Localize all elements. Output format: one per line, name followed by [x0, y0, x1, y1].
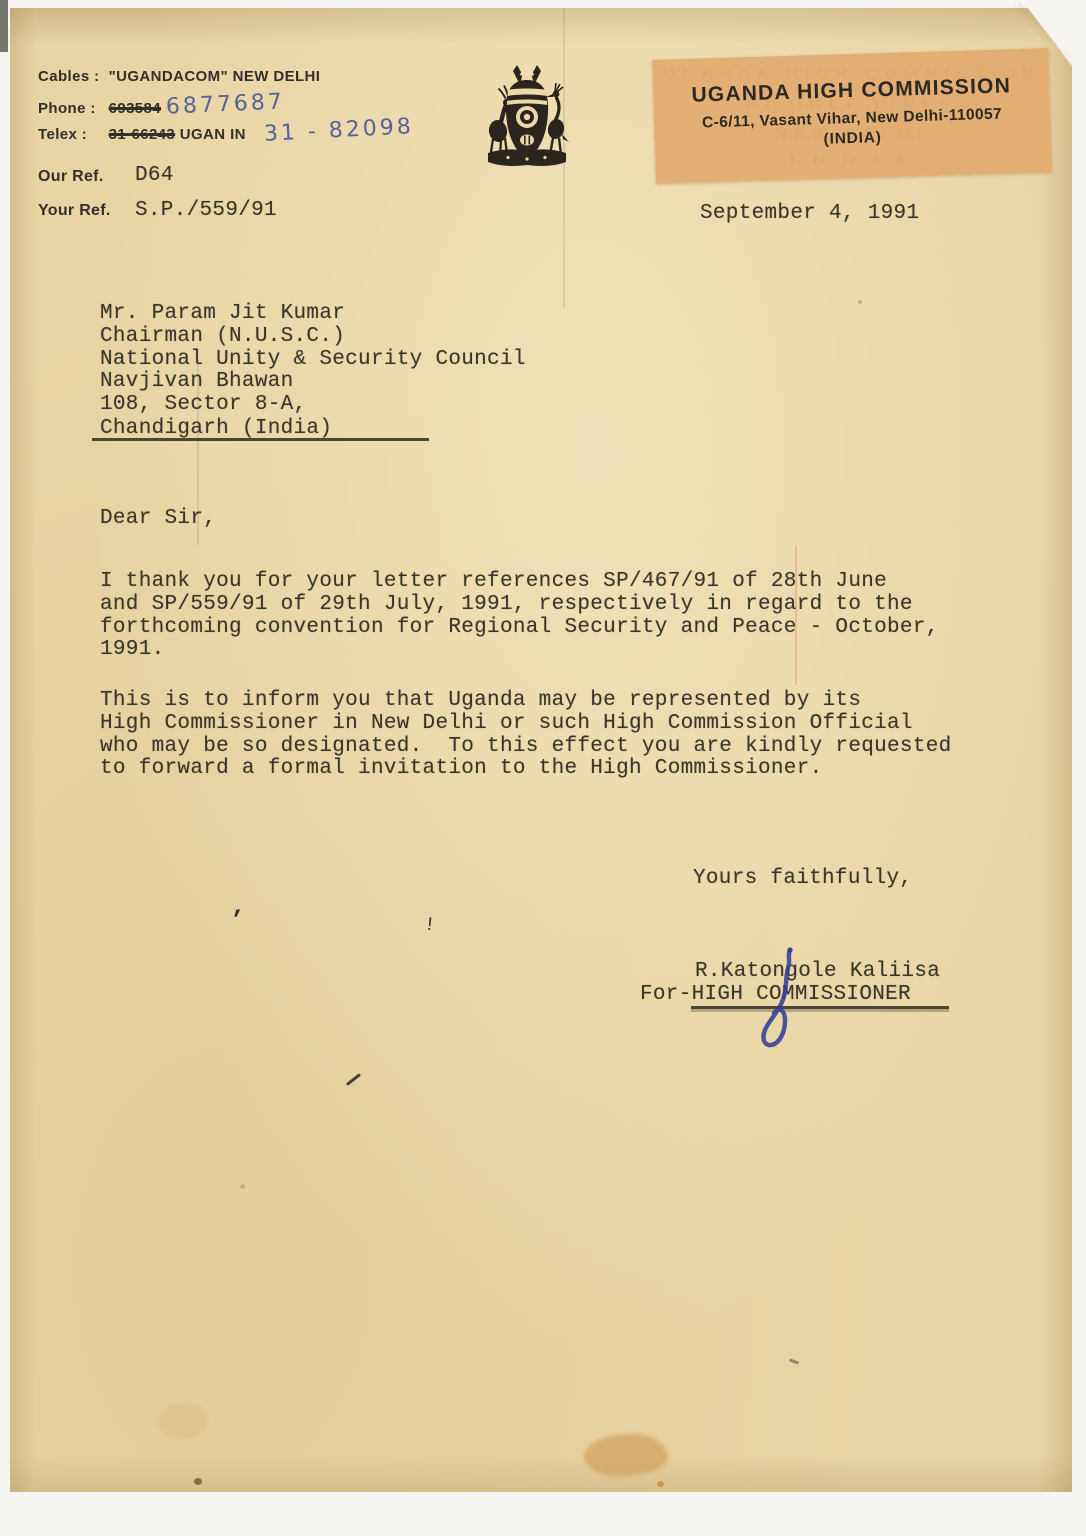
address-sticker: UGANDA HIGH COMMISSION C-6/11, Vasant Vi… — [652, 48, 1052, 184]
our-ref-line: Our Ref. — [38, 168, 104, 186]
paper-speck — [240, 1184, 245, 1189]
cables-label: Cables : — [38, 68, 104, 85]
telex-printed-value: UGAN IN — [180, 126, 246, 143]
phone-label: Phone : — [38, 100, 104, 117]
paper-stain — [584, 1434, 668, 1476]
recipient-city: Chandigarh (India) — [100, 417, 332, 440]
scanner-edge-artifact — [0, 0, 8, 52]
our-ref-value: D64 — [135, 164, 174, 187]
address-underline — [92, 438, 429, 441]
paper-speck — [858, 300, 862, 304]
your-ref-value: S.P./559/91 — [135, 199, 277, 222]
our-ref-label: Our Ref. — [38, 168, 104, 185]
your-ref-label: Your Ref. — [38, 202, 111, 219]
recipient-address: Mr. Param Jit Kumar Chairman (N.U.S.C.) … — [100, 303, 526, 417]
scanned-letter: Cables : "UGANDACOM" NEW DELHI Phone : 6… — [0, 0, 1086, 1536]
valediction: Yours faithfully, — [693, 867, 912, 890]
cables-value: "UGANDACOM" NEW DELHI — [109, 68, 321, 85]
telex-line: Telex : 31-66243 UGAN IN 31 - 82098 — [38, 120, 414, 146]
signature-ink — [735, 938, 825, 1058]
phone-handwritten-number: 6877687 — [165, 89, 285, 119]
telex-handwritten-number: 31 - 82098 — [264, 114, 415, 147]
your-ref-line: Your Ref. — [38, 202, 111, 220]
body-paragraph-2: This is to inform you that Uganda may be… — [100, 690, 952, 781]
telex-label: Telex : — [38, 126, 104, 143]
uganda-coat-of-arms-icon — [477, 64, 577, 176]
letterhead-contact-block: Cables : "UGANDACOM" NEW DELHI Phone : 6… — [38, 68, 414, 146]
body-paragraph-1: I thank you for your letter references S… — [100, 571, 939, 662]
telex-old-number: 31-66243 — [109, 126, 176, 143]
stray-typed-mark: ’ — [230, 908, 244, 935]
paper-speck — [194, 1478, 202, 1485]
address-sticker-area: UGANDA HIGH COMMISSION 61 GOLF LINKS NEW… — [652, 50, 1052, 182]
sticker-title: UGANDA HIGH COMMISSION — [653, 73, 1050, 109]
cables-line: Cables : "UGANDACOM" NEW DELHI — [38, 68, 414, 94]
signatory-title-prefix: For- — [640, 983, 692, 1006]
stray-typed-mark: ! — [423, 913, 437, 936]
salutation: Dear Sir, — [100, 507, 216, 530]
letter-date: September 4, 1991 — [700, 202, 919, 225]
paper-speck — [657, 1481, 664, 1487]
phone-old-number: 693584 — [109, 100, 161, 117]
